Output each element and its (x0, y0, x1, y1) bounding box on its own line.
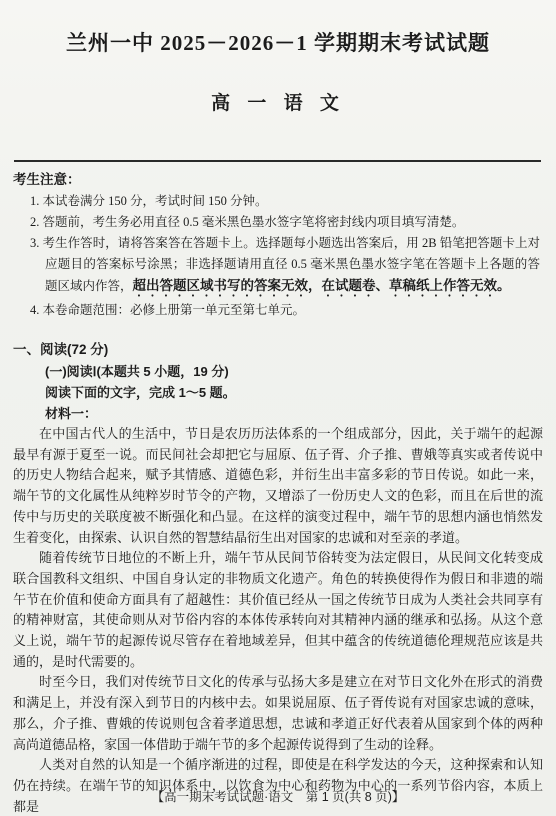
passage-paragraph-2: 随着传统节日地位的不断上升，端午节从民间节俗转变为法定假日，从民间文化转变成联合… (13, 548, 543, 672)
notice-item-2: 2. 答题前，考生务必用直径 0.5 毫米黑色墨水签字笔将密封线内项目填写清楚。 (30, 212, 540, 233)
passage-paragraph-1: 在中国古代人的生活中，节日是农历历法体系的一个组成部分，因此，关于端午的起源最早… (13, 424, 543, 548)
exam-title: 兰州一中 2025－2026－1 学期期末考试试题 (0, 0, 556, 57)
exam-paper-page: 兰州一中 2025－2026－1 学期期末考试试题 高 一 语 文 考生注意： … (0, 0, 556, 816)
page-footer: 【高一期末考试试题·语文 第 1 页(共 8 页)】 (0, 787, 556, 805)
notice-item-1: 1. 本试卷满分 150 分，考试时间 150 分钟。 (30, 191, 540, 212)
material-one-label: 材料一： (45, 403, 543, 424)
notice-item-number: 2. (30, 215, 39, 229)
passage-paragraph-3: 时至今日，我们对传统节日文化的传承与弘扬大多是建立在对节日文化外在形式的消费和满… (13, 672, 543, 755)
notice-title: 考生注意： (13, 169, 540, 191)
notice-item-number: 4. (30, 303, 39, 317)
notice-item-text: 本卷命题范围：必修上册第一单元至第七单元。 (43, 303, 306, 317)
notice-item-emphasis-text: 超出答题区域书写的答案无效，在试题卷、草稿纸上作答无效。 (133, 278, 511, 293)
notice-item-4: 4. 本卷命题范围：必修上册第一单元至第七单元。 (30, 300, 540, 321)
notice-item-number: 1. (30, 194, 39, 208)
reading-section: 一、阅读(72 分) (一)阅读Ⅰ(本题共 5 小题，19 分) 阅读下面的文字… (13, 339, 543, 816)
candidate-notice: 考生注意： 1. 本试卷满分 150 分，考试时间 150 分钟。 2. 答题前… (13, 169, 540, 321)
section-subheading: (一)阅读Ⅰ(本题共 5 小题，19 分) (45, 361, 543, 382)
notice-item-3: 3. 考生作答时，请将答案答在答题卡上。选择题每小题选出答案后，用 2B 铅笔把… (30, 233, 540, 300)
notice-item-number: 3. (30, 236, 39, 250)
notice-item-text: 答题前，考生务必用直径 0.5 毫米黑色墨水签字笔将密封线内项目填写清楚。 (43, 215, 465, 229)
reading-passage: 在中国古代人的生活中，节日是农历历法体系的一个组成部分，因此，关于端午的起源最早… (13, 424, 543, 816)
section-heading: 一、阅读(72 分) (13, 339, 543, 361)
exam-subject: 高 一 语 文 (0, 88, 556, 115)
header-divider (14, 160, 541, 162)
section-instruction: 阅读下面的文字，完成 1～5 题。 (45, 382, 543, 403)
notice-item-text: 本试卷满分 150 分，考试时间 150 分钟。 (43, 194, 268, 208)
passage-paragraph-4: 人类对自然的认知是一个循序渐进的过程，即使是在科学发达的今天，这种探索和认知仍在… (13, 755, 543, 816)
